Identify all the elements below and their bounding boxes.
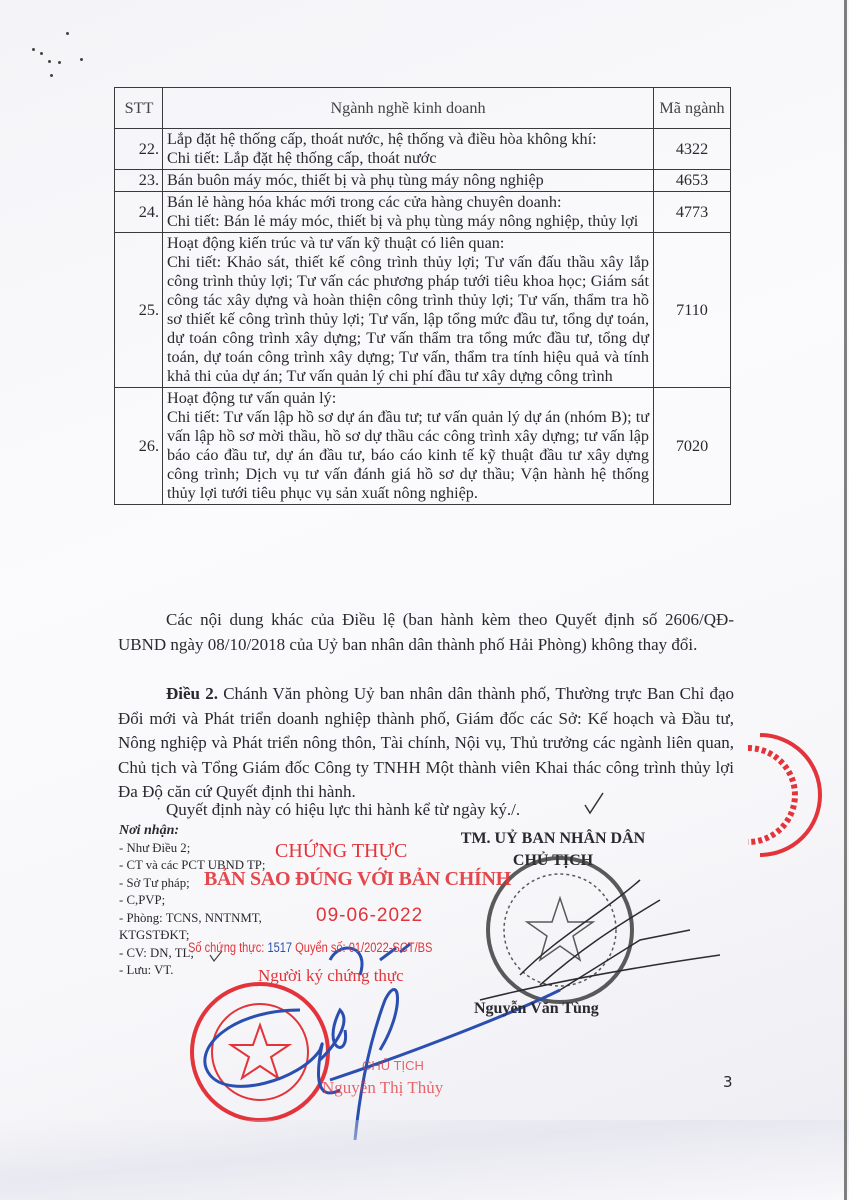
row-stt: 25. [115, 233, 163, 388]
row-code: 4773 [654, 192, 731, 233]
scan-specks [30, 28, 90, 78]
business-line-text: Chi tiết: Lắp đặt hệ thống cấp, thoát nư… [167, 149, 649, 168]
page-number: 3 [723, 1073, 733, 1091]
business-line-text: Chi tiết: Bán lẻ máy móc, thiết bị và ph… [167, 212, 649, 231]
cert-number-label: Số chứng thực: [188, 940, 264, 955]
row-business-line: Hoạt động kiến trúc và tư vấn kỹ thuật c… [163, 233, 654, 388]
row-business-line: Bán buôn máy móc, thiết bị và phụ tùng m… [163, 170, 654, 192]
certification-title: CHỨNG THỰC [275, 840, 407, 863]
right-margin-seal-icon [748, 735, 820, 855]
effective-clause: Quyết định này có hiệu lực thi hành kể t… [118, 798, 734, 823]
signer-name: Nguyễn Văn Tùng [474, 1000, 599, 1018]
row-business-line: Hoạt động tư vấn quản lý:Chi tiết: Tư vấ… [163, 388, 654, 505]
table-header-row: STT Ngành nghề kinh doanh Mã ngành [115, 88, 731, 129]
row-business-line: Bán lẻ hàng hóa khác mới trong các cửa h… [163, 192, 654, 233]
other-content-paragraph: Các nội dung khác của Điều lệ (ban hành … [118, 608, 734, 657]
business-line-text: Chi tiết: Khảo sát, thiết kế công trình … [167, 253, 649, 386]
recipient-item: - Như Điều 2; [119, 840, 265, 858]
book-number-label: Quyển số: [295, 940, 345, 955]
header-code: Mã ngành [654, 88, 731, 129]
recipient-item: - Phòng: TCNS, NNTNMT, [119, 910, 265, 928]
table-row: 23.Bán buôn máy móc, thiết bị và phụ tùn… [115, 170, 731, 192]
on-behalf-label: TM. UỶ BAN NHÂN DÂN [440, 828, 666, 850]
chairman-signature-icon [480, 880, 720, 1000]
business-line-text: Bán buôn máy móc, thiết bị và phụ tùng m… [167, 171, 649, 190]
certifier-position: CHỦ TỊCH [362, 1058, 424, 1073]
scan-edge [844, 0, 847, 1200]
book-number: 01/2022-SCT/BS [349, 940, 433, 955]
recipient-item: - C,PVP; [119, 892, 265, 910]
row-business-line: Lắp đặt hệ thống cấp, thoát nước, hệ thố… [163, 129, 654, 170]
business-lines-table: STT Ngành nghề kinh doanh Mã ngành 22.Lắ… [114, 87, 731, 505]
cert-number: 1517 [267, 940, 292, 955]
row-code: 7020 [654, 388, 731, 505]
recipients-title: Nơi nhận: [119, 822, 265, 840]
table-row: 24.Bán lẻ hàng hóa khác mới trong các cử… [115, 192, 731, 233]
certifier-label: Người ký chứng thực [258, 966, 404, 986]
certification-subtitle: BẢN SAO ĐÚNG VỚI BẢN CHÍNH [204, 868, 511, 891]
business-line-text: Hoạt động kiến trúc và tư vấn kỹ thuật c… [167, 234, 649, 253]
header-business-line: Ngành nghề kinh doanh [163, 88, 654, 129]
table-row: 26.Hoạt động tư vấn quản lý:Chi tiết: Tư… [115, 388, 731, 505]
header-stt: STT [115, 88, 163, 129]
table-row: 25.Hoạt động kiến trúc và tư vấn kỹ thuậ… [115, 233, 731, 388]
business-line-text: Hoạt động tư vấn quản lý: [167, 389, 649, 408]
row-stt: 26. [115, 388, 163, 505]
row-code: 4322 [654, 129, 731, 170]
business-line-text: Bán lẻ hàng hóa khác mới trong các cửa h… [167, 193, 649, 212]
certification-seal-icon [192, 984, 328, 1120]
certification-date: 09-06-2022 [316, 905, 423, 927]
business-line-text: Lắp đặt hệ thống cấp, thoát nước, hệ thố… [167, 130, 649, 149]
article-2-label: Điều 2. [166, 684, 218, 703]
business-line-text: Chi tiết: Tư vấn lập hồ sơ dự án đầu tư;… [167, 408, 649, 503]
recipient-item: - Lưu: VT. [119, 962, 265, 980]
recipients-block: Nơi nhận: - Như Điều 2;- CT và các PCT U… [119, 822, 265, 980]
signature-title: TM. UỶ BAN NHÂN DÂN CHỦ TỊCH [440, 828, 666, 872]
document-page: STT Ngành nghề kinh doanh Mã ngành 22.Lắ… [0, 0, 849, 1200]
article-2-paragraph: Điều 2. Chánh Văn phòng Uỷ ban nhân dân … [118, 682, 734, 805]
row-stt: 24. [115, 192, 163, 233]
certification-number-line: Số chứng thực: 1517 Quyển số: 01/2022-SC… [188, 940, 432, 955]
row-stt: 22. [115, 129, 163, 170]
table-row: 22.Lắp đặt hệ thống cấp, thoát nước, hệ … [115, 129, 731, 170]
certifier-name: Nguyễn Thị Thủy [322, 1078, 443, 1098]
row-stt: 23. [115, 170, 163, 192]
row-code: 4653 [654, 170, 731, 192]
paper-fold-shadow [0, 1120, 849, 1200]
row-code: 7110 [654, 233, 731, 388]
